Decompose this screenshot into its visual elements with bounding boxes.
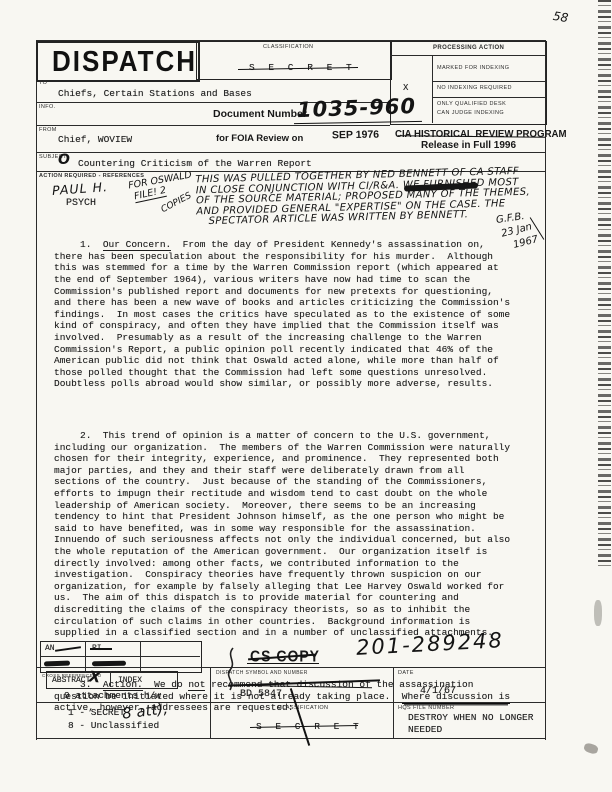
hqs-file-number-label: HQS FILE NUMBER xyxy=(398,705,454,711)
processing-row-line xyxy=(432,97,545,98)
processing-header-line xyxy=(390,55,545,56)
subject-value: Countering Criticism of the Warren Repor… xyxy=(78,158,312,169)
table-line xyxy=(110,671,111,687)
to-value: Chiefs, Certain Stations and Bases xyxy=(58,88,252,99)
index-label: INDEX xyxy=(118,676,142,685)
page-number: 58 xyxy=(552,9,569,25)
hqs-file-value-line1: DESTROY WHEN NO LONGER xyxy=(408,712,533,723)
date-label: DATE xyxy=(398,670,414,676)
classification-box: CLASSIFICATION S E C R E T xyxy=(196,41,392,80)
body-paragraph-1: 1. Our Concern. From the day of Presiden… xyxy=(54,239,512,390)
document-number-value: 1035-960 xyxy=(297,94,417,122)
form-left-border xyxy=(36,40,37,740)
processing-action-label: PROCESSING ACTION xyxy=(433,45,504,51)
from-label: FROM xyxy=(39,127,57,133)
footer-grid-line xyxy=(393,667,394,738)
footer-grid-line xyxy=(36,702,545,703)
marked-for-indexing-label: MARKED FOR INDEXING xyxy=(437,65,509,71)
hqs-file-value-line2: NEEDED xyxy=(408,724,442,735)
an-cell-label: AN xyxy=(45,644,55,653)
dispatch-symbol-value: BD 5847 xyxy=(240,689,282,700)
copy-distribution-line1: 1 - SECRET xyxy=(68,707,125,718)
form-title: DISPATCH xyxy=(52,44,197,79)
dispatch-scanned-document: 58 DISPATCH CLASSIFICATION S E C R E T P… xyxy=(0,0,612,792)
dispatch-symbol-label: DISPATCH SYMBOL AND NUMBER xyxy=(216,670,308,676)
no-indexing-x-mark: X xyxy=(403,83,408,93)
paragraph-text: 2. This trend of opinion is a matter of … xyxy=(54,430,516,638)
index-x-mark: X xyxy=(88,667,101,686)
copy-distribution-line2: 8 - Unclassified xyxy=(68,720,159,731)
qualified-desk-label-line1: ONLY QUALIFIED DESK xyxy=(437,101,506,107)
from-value: Chief, WOVIEW xyxy=(58,134,132,145)
subject-handwritten-mark: O xyxy=(58,152,70,168)
routing-stamp-table xyxy=(40,641,202,673)
struck-out-entry xyxy=(44,661,70,667)
hand-scribble xyxy=(90,648,112,650)
body-paragraph-2: 2. This trend of opinion is a matter of … xyxy=(54,430,512,639)
no-indexing-required-label: NO INDEXING REQUIRED xyxy=(437,85,512,91)
footer-grid-line xyxy=(210,667,211,738)
smudge-mark xyxy=(583,742,599,755)
processing-row-line xyxy=(432,81,545,82)
struck-out-entry xyxy=(92,661,126,667)
footer-bottom-border xyxy=(36,738,545,739)
attachments-line: 9 attachments h/w xyxy=(64,690,161,701)
foia-review-date-stamp: SEP 1976 xyxy=(332,129,379,142)
foia-review-stamp: for FOIA Review on xyxy=(216,133,303,144)
dispatch-title-box: DISPATCH xyxy=(36,41,200,82)
scan-binding-artifact xyxy=(598,0,611,568)
document-number-stamp: Document Number xyxy=(213,108,307,120)
row-line xyxy=(36,152,545,153)
reviewer-name-annotation: PAUL H. xyxy=(52,179,109,198)
underlined-word: not xyxy=(188,679,205,691)
form-right-border xyxy=(545,40,546,740)
footer-classification-label: CLASSIFICATION xyxy=(278,705,328,711)
historical-review-stamp-line1: CIA HISTORICAL REVIEW PROGRAM xyxy=(395,128,567,140)
paragraph-number: 1. xyxy=(80,239,103,250)
table-line xyxy=(40,656,200,657)
margin-date-line2: 1967 xyxy=(512,234,539,251)
stamp-underline xyxy=(247,663,319,664)
footer-grid-line xyxy=(36,667,545,668)
abstract-label: ABSTRACT xyxy=(52,676,90,685)
reviewer-unit: PSYCH xyxy=(66,198,96,209)
paragraph-text: From the day of President Kennedy's assa… xyxy=(54,239,516,389)
classification-label: CLASSIFICATION xyxy=(263,44,313,50)
paragraph-heading: Our Concern. xyxy=(103,239,171,251)
historical-review-stamp-line2: Release in Full 1996 xyxy=(421,140,516,151)
action-required-label: ACTION REQUIRED - REFERENCES xyxy=(39,173,144,179)
info-label: INFO. xyxy=(39,104,56,110)
date-value: 4/1/67 xyxy=(420,686,456,697)
row-line xyxy=(36,125,390,126)
to-label: TO xyxy=(39,80,47,86)
qualified-desk-label-line2: CAN JUDGE INDEXING xyxy=(437,110,504,116)
processing-mark-column-line xyxy=(432,55,433,123)
smudge-mark xyxy=(594,600,602,626)
